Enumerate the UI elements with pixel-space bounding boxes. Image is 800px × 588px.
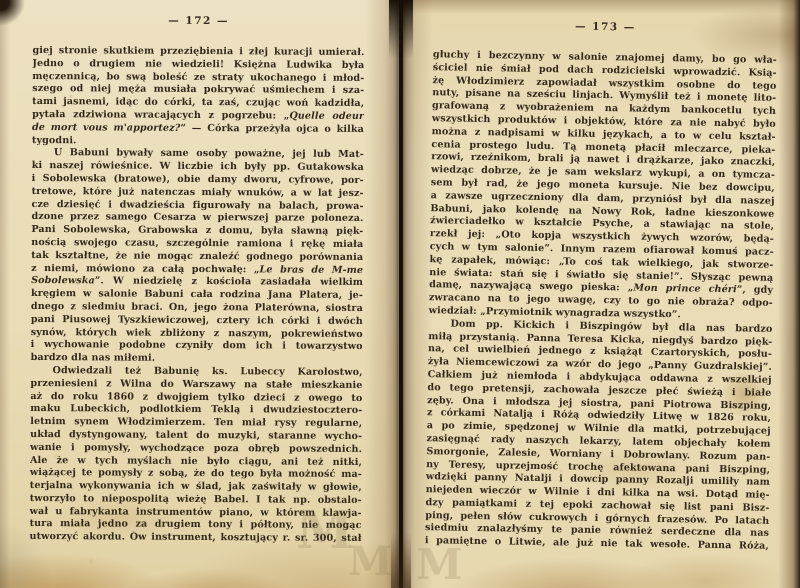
- page-left: — 172 — giej stronie skutkiem przeziębie…: [0, 0, 399, 588]
- page-number-left: — 172 —: [33, 14, 365, 28]
- page-left-text: giej stronie skutkiem przeziębienia i zł…: [29, 45, 364, 546]
- page-right-text: głuchy i bezczynny w salonie znajomej da…: [425, 49, 777, 554]
- text-line: de mort vous m'apportez?” — Córka przeży…: [32, 122, 364, 137]
- age-spots: [0, 0, 2, 2]
- page-number-right: — 173 —: [433, 18, 777, 36]
- gutter-shadow-bottom: [391, 533, 411, 588]
- page-right: — 173 — głuchy i bezczynny w salonie zna…: [403, 0, 800, 588]
- book-gutter: [398, 0, 403, 588]
- book-scan: — 172 — giej stronie skutkiem przeziębie…: [0, 0, 800, 588]
- text-line: utworzyć akordu. Ów instrument, kosztują…: [29, 531, 361, 546]
- page-right-content: — 173 — głuchy i bezczynny w salonie zna…: [398, 0, 800, 588]
- page-left-content: — 172 — giej stronie skutkiem przeziębie…: [0, 0, 401, 588]
